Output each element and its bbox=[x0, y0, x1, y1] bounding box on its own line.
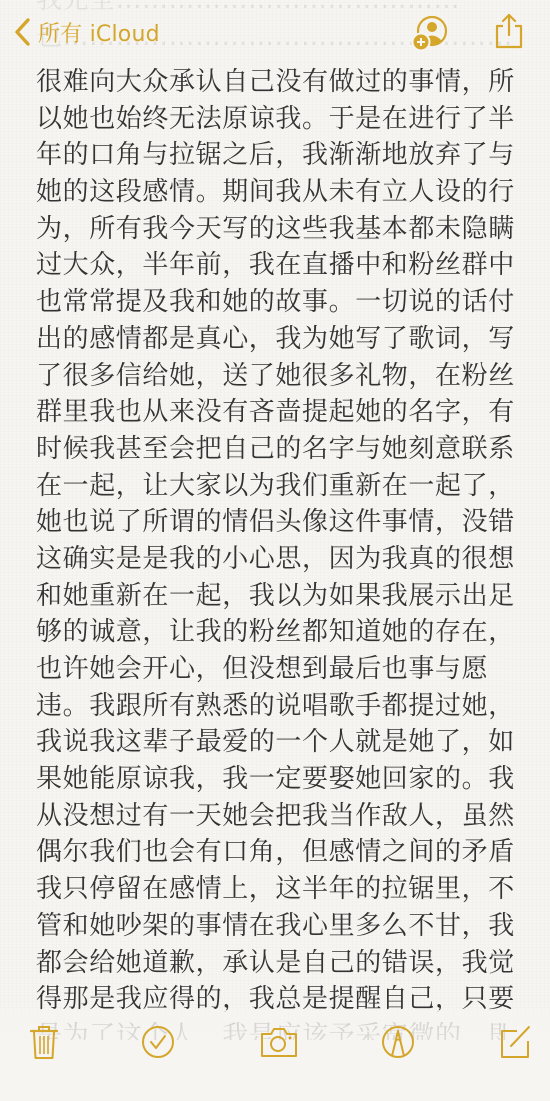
share-button[interactable] bbox=[492, 12, 526, 50]
note-line: 也常常提及我和她的故事。一切说的话付 bbox=[36, 284, 506, 321]
checklist-button[interactable] bbox=[140, 1024, 176, 1060]
bottom-toolbar bbox=[0, 1010, 550, 1101]
note-line: 以她也始终无法原谅我。于是在进行了半 bbox=[36, 101, 506, 138]
note-body[interactable]: 很难向大众承认自己没有做过的事情，所 以她也始终无法原谅我。于是在进行了半 年的… bbox=[36, 64, 506, 1040]
markup-button[interactable] bbox=[380, 1024, 416, 1060]
note-line: 偶尔我们也会有口角，但感情之间的矛盾 bbox=[36, 834, 506, 871]
note-line: 出的感情都是真心，我为她写了歌词，写 bbox=[36, 321, 506, 358]
note-line: 为，所有我今天写的这些我基本都未隐瞒 bbox=[36, 211, 506, 248]
note-line: 我只停留在感情上，这半年的拉锯里，不 bbox=[36, 871, 506, 908]
note-line: 过大众，半年前，我在直播中和粉丝群中 bbox=[36, 247, 506, 284]
trash-icon bbox=[26, 1024, 62, 1060]
note-line: 和她重新在一起，我以为如果我展示出足 bbox=[36, 578, 506, 615]
note-line: 也许她会开心，但没想到最后也事与愿 bbox=[36, 651, 506, 688]
note-line: 都会给她道歉，承认是自己的错误，我觉 bbox=[36, 945, 506, 982]
checkmark-circle-icon bbox=[140, 1024, 176, 1060]
note-line: 了很多信给她，送了她很多礼物，在粉丝 bbox=[36, 358, 506, 395]
back-button[interactable]: 所有 iCloud bbox=[12, 14, 160, 50]
note-line: 在一起，让大家以为我们重新在一起了， bbox=[36, 468, 506, 505]
navigation-bar: 所有 iCloud bbox=[0, 0, 550, 62]
note-line: 年的口角与拉锯之后，我渐渐地放弃了与 bbox=[36, 137, 506, 174]
camera-icon bbox=[259, 1024, 295, 1060]
share-icon bbox=[492, 12, 526, 50]
note-line: 很难向大众承认自己没有做过的事情，所 bbox=[36, 64, 506, 101]
note-line: 时候我甚至会把自己的名字与她刻意联系 bbox=[36, 431, 506, 468]
note-line: 违。我跟所有熟悉的说唱歌手都提过她， bbox=[36, 688, 506, 725]
note-line: 管和她吵架的事情在我心里多么不甘，我 bbox=[36, 908, 506, 945]
add-people-button[interactable] bbox=[410, 14, 448, 52]
note-line: 够的诚意，让我的粉丝都知道她的存在， bbox=[36, 614, 506, 651]
note-line: 我说我这辈子最爱的一个人就是她了，如 bbox=[36, 724, 506, 761]
note-line: 群里我也从来没有吝啬提起她的名字，有 bbox=[36, 394, 506, 431]
compose-button[interactable] bbox=[497, 1024, 533, 1060]
note-line: 从没想过有一天她会把我当作敌人，虽然 bbox=[36, 798, 506, 835]
note-line: 果她能原谅我，我一定要娶她回家的。我 bbox=[36, 761, 506, 798]
add-person-icon bbox=[410, 14, 448, 52]
note-line: 她也说了所谓的情侣头像这件事情，没错 bbox=[36, 504, 506, 541]
camera-button[interactable] bbox=[259, 1024, 295, 1060]
note-line: 她的这段感情。期间我从未有立人设的行 bbox=[36, 174, 506, 211]
markup-pen-icon bbox=[380, 1024, 416, 1060]
chevron-left-icon bbox=[12, 14, 34, 50]
delete-button[interactable] bbox=[26, 1024, 62, 1060]
back-button-label: 所有 iCloud bbox=[38, 17, 160, 48]
compose-icon bbox=[497, 1024, 533, 1060]
note-line: 这确实是是我的小心思，因为我真的很想 bbox=[36, 541, 506, 578]
